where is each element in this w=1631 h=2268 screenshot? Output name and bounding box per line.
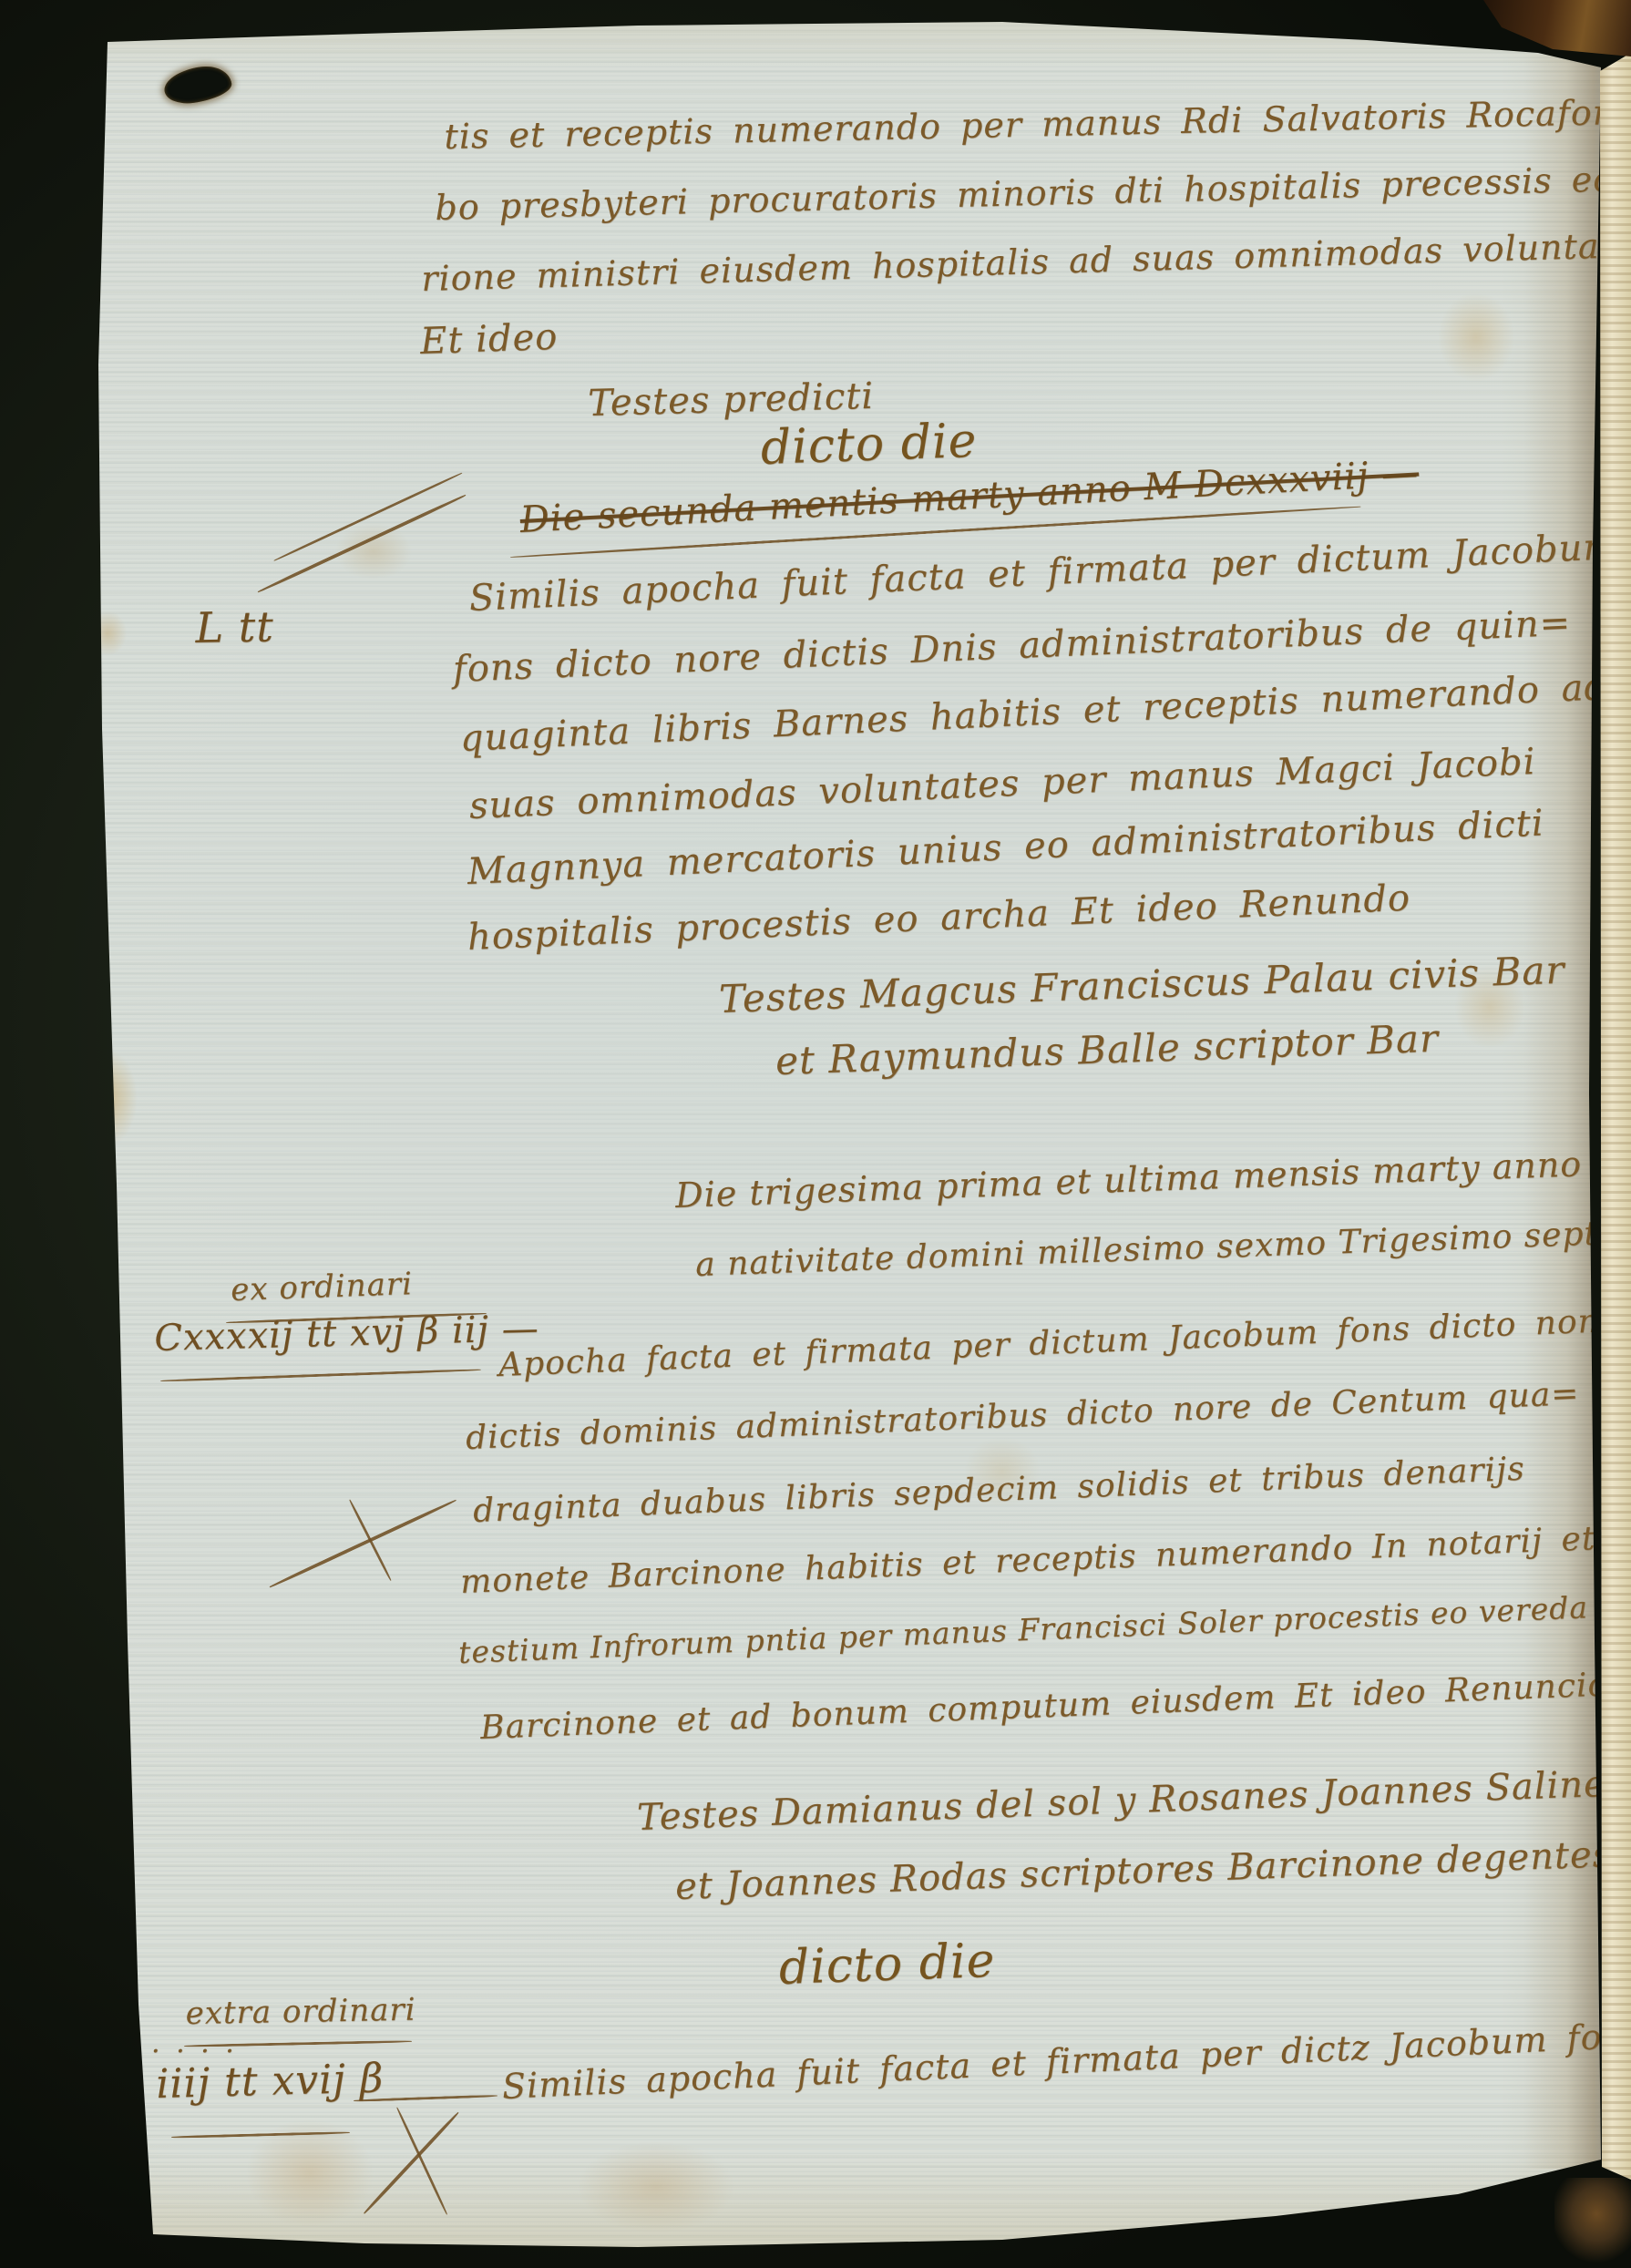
apocha142-witnesses-2: et Joannes Rodas scriptores Barcinone de… [674, 1833, 1613, 1908]
margin-ordinary-label: ex ordinari [231, 1266, 414, 1308]
opening-line-4: Et ideo [419, 316, 559, 363]
apocha142-line-4: monete Barcinone habitis et receptis num… [459, 1520, 1596, 1601]
date-heading-2: a nativitate domini millesimo sexmo Trig… [695, 1213, 1631, 1284]
binding-tailband [1554, 2178, 1631, 2268]
apocha142-line-6: Barcinone et ad bonum computum eiusdem E… [479, 1666, 1608, 1747]
stain [319, 510, 428, 592]
margin-slash-2 [273, 472, 463, 562]
stain [547, 2123, 765, 2251]
apocha142-line-5: testium Infrorum pntia per manus Francis… [457, 1587, 1631, 1670]
opening-line-1: tis et receptis numerando per manus Rdi … [444, 91, 1631, 157]
stain [219, 2096, 401, 2251]
margin-x-mark-cross [348, 1499, 392, 1581]
margin-extraordinary-amount: iiij tt xvij β [156, 2055, 385, 2108]
date-heading-1: Die trigesima prima et ultima mensis mar… [674, 1142, 1629, 1216]
manuscript-page: tis et receptis numerando per manus Rdi … [0, 0, 1631, 2268]
manuscript-scan: tis et receptis numerando per manus Rdi … [0, 0, 1631, 2268]
margin-amount-50: L tt [195, 602, 274, 652]
testes-predicti: Testes predicti [588, 375, 875, 425]
bottom-x-mark-long [363, 2111, 460, 2215]
margin-extraordinary-amount-underline [171, 2131, 350, 2139]
dicto-die-heading-2: dicto die [778, 1934, 996, 1996]
apocha142-witnesses-1: Testes Damianus del sol y Rosanes Joanne… [636, 1762, 1626, 1839]
apocha50-witnesses-1: Testes Magcus Franciscus Palau civis Bar [718, 948, 1565, 1021]
apocha142-line-1: Apocha facta et firmata per dictum Jacob… [498, 1300, 1631, 1384]
apocha50-witnesses-2: et Raymundus Balle scriptor Bar [774, 1016, 1440, 1083]
margin-slash-1 [257, 494, 467, 594]
closing-line: Similis apocha fuit facta et firmata per… [501, 2015, 1631, 2107]
dicto-die-heading-1: dicto die [760, 414, 978, 476]
opening-line-3: rione ministri eiusdem hospitalis ad sua… [421, 224, 1631, 299]
margin-ordinary-amount: Cxxxxij tt xvj β iij — [154, 1308, 539, 1360]
margin-extraordinary-label: extra ordinari [185, 1992, 416, 2032]
stain [1421, 273, 1531, 401]
opening-line-2: bo presbyteri procuratoris minoris dti h… [435, 154, 1631, 228]
apocha142-line-2: dictis dominis administratoribus dicto n… [465, 1375, 1580, 1457]
margin-x-mark-long [269, 1498, 457, 1588]
apocha142-line-3: draginta duabus libris sepdecim solidis … [472, 1451, 1525, 1530]
apocha50-line-1: Similis apocha fuit facta et firmata per… [468, 526, 1619, 620]
apocha50-line-6: hospitalis procestis eo archa Et ideo Re… [467, 877, 1411, 959]
bottom-x-mark-cross [395, 2107, 448, 2215]
paper-hole [162, 63, 234, 107]
margin-ordinary-amount-underline [160, 1369, 481, 1382]
